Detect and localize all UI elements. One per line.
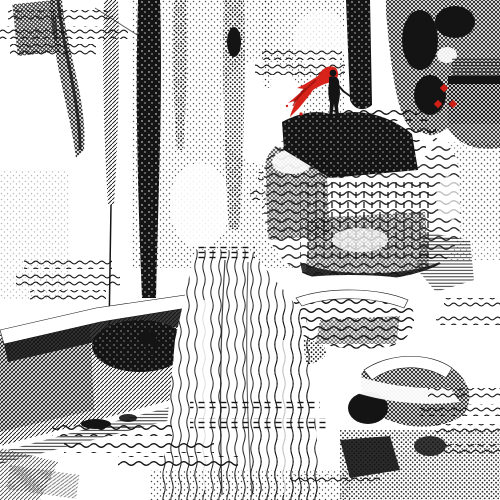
cliff-ledge-structure <box>452 58 500 76</box>
waterfall-crest <box>195 245 255 259</box>
hero-head <box>330 70 337 77</box>
mist-waves-left <box>16 258 120 300</box>
halftone-illustration <box>0 0 500 500</box>
cliff-gap <box>374 0 386 118</box>
scene-canvas <box>0 0 500 500</box>
trunk-knot <box>227 27 241 57</box>
water-rock <box>81 419 111 429</box>
